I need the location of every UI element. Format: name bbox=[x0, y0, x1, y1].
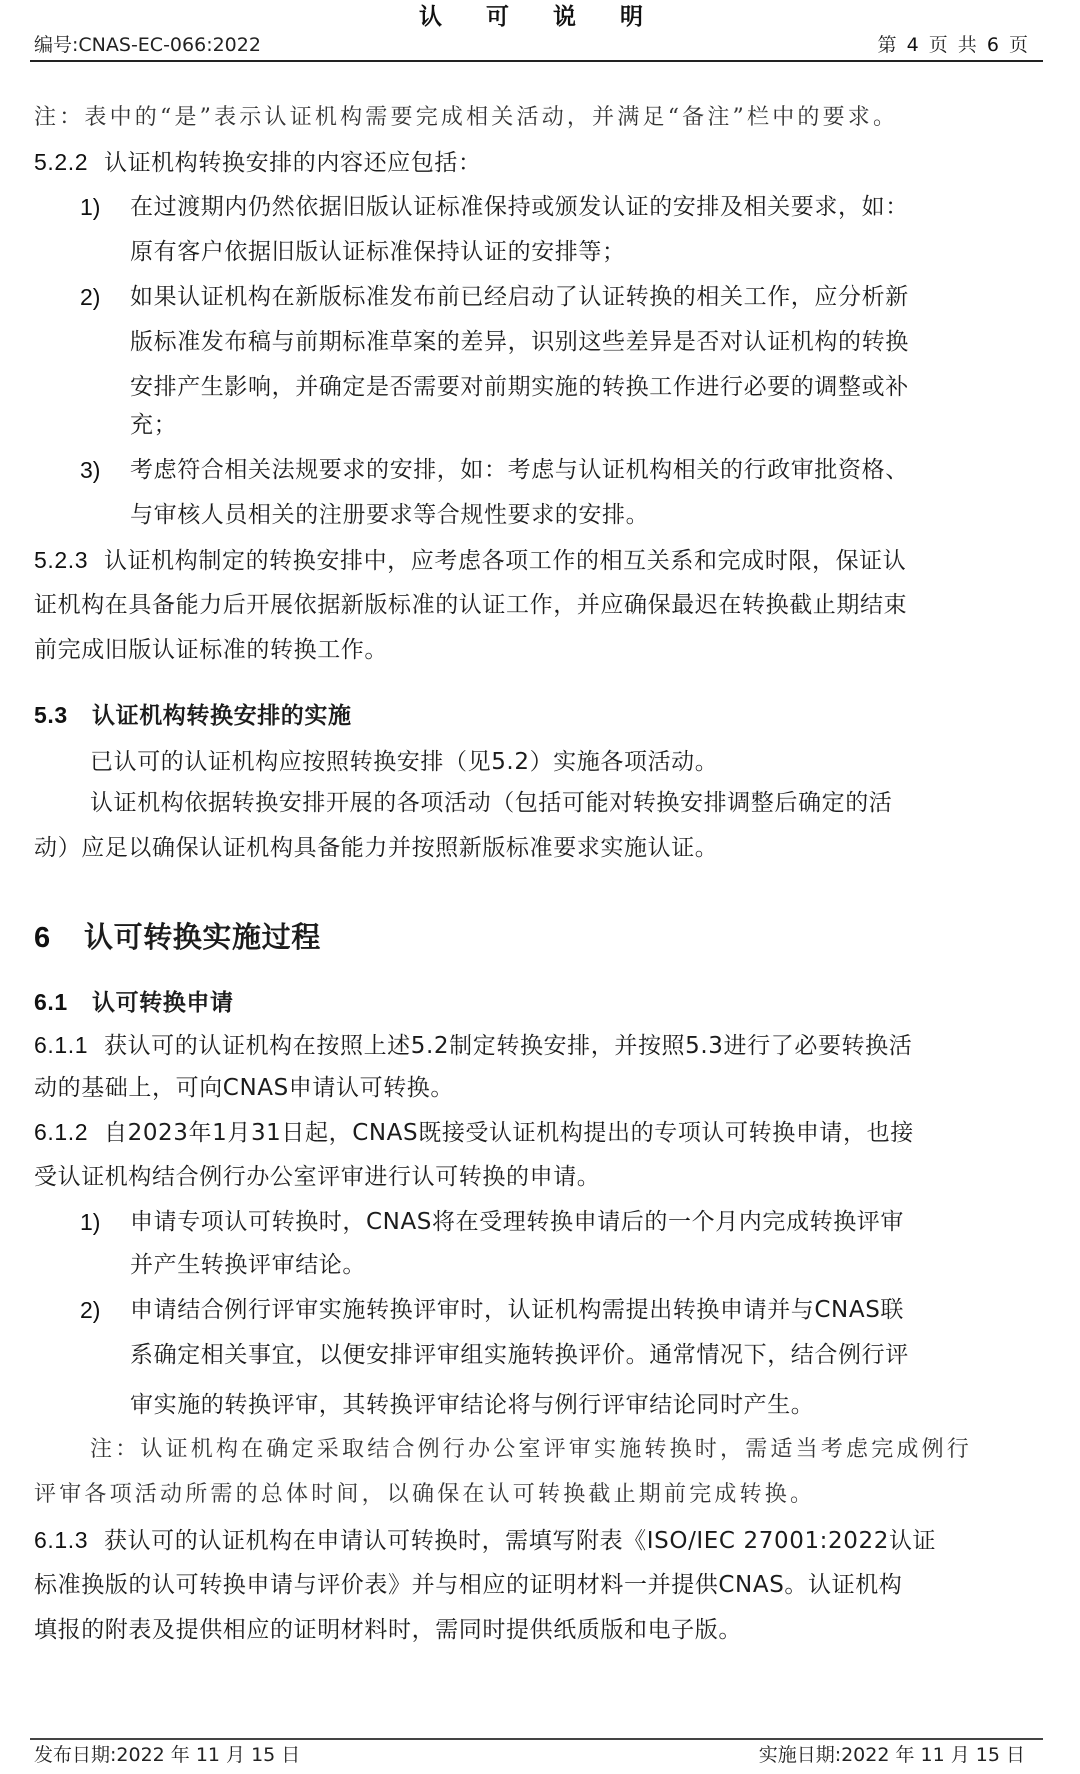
page-prefix: 第 bbox=[878, 34, 897, 56]
clause-text: 获认可的认证机构在按照上述5.2制定转换安排，并按照5.3进行了必要转换活 bbox=[104, 1033, 912, 1059]
note-line: 评审各项活动所需的总体时间，以确保在认可转换截止期前完成转换。 bbox=[34, 1480, 815, 1510]
page-current: 4 bbox=[907, 34, 919, 56]
clause-text: 认证机构转换安排的内容还应包括： bbox=[104, 150, 482, 176]
list-item-line: 充； bbox=[130, 410, 177, 440]
clause-5-2-3: 5.2.3 认证机构制定的转换安排中，应考虑各项工作的相互关系和完成时限，保证认 bbox=[34, 545, 906, 576]
list-item-line: 如果认证机构在新版标准发布前已经启动了认证转换的相关工作，应分析新 bbox=[130, 282, 909, 312]
header-divider bbox=[30, 60, 1043, 62]
list-item-line: 安排产生影响，并确定是否需要对前期实施的转换工作进行必要的调整或补 bbox=[130, 372, 909, 402]
list-marker: 2) bbox=[80, 1295, 100, 1325]
list-marker: 1) bbox=[80, 192, 100, 222]
clause-text: 认证机构制定的转换安排中，应考虑各项工作的相互关系和完成时限，保证认 bbox=[104, 548, 906, 574]
publish-date: 发布日期:2022 年 11 月 15 日 bbox=[34, 1742, 300, 1768]
paragraph-line: 填报的附表及提供相应的证明材料时，需同时提供纸质版和电子版。 bbox=[34, 1615, 742, 1645]
list-item-line: 审实施的转换评审，其转换评审结论将与例行评审结论同时产生。 bbox=[130, 1390, 814, 1420]
clause-text: 自2023年1月31日起，CNAS既接受认证机构提出的专项认可转换申请，也接 bbox=[104, 1120, 914, 1146]
clause-6-1-2: 6.1.2 自2023年1月31日起，CNAS既接受认证机构提出的专项认可转换申… bbox=[34, 1117, 914, 1148]
list-marker: 1) bbox=[80, 1207, 100, 1237]
section-heading-6-1: 6.1认可转换申请 bbox=[34, 987, 234, 1018]
publish-value: 2022 年 11 月 15 日 bbox=[116, 1744, 300, 1766]
chapter-number: 6 bbox=[34, 920, 84, 956]
list-item-line: 系确定相关事宜，以便安排评审组实施转换评价。通常情况下，结合例行评 bbox=[130, 1340, 909, 1370]
paragraph-line: 前完成旧版认证标准的转换工作。 bbox=[34, 635, 388, 665]
page-suffix: 页 bbox=[1009, 34, 1028, 56]
chapter-heading-6: 6认可转换实施过程 bbox=[34, 919, 321, 956]
clause-5-2-2: 5.2.2 认证机构转换安排的内容还应包括： bbox=[34, 147, 482, 178]
list-item-line: 与审核人员相关的注册要求等合规性要求的安排。 bbox=[130, 500, 649, 530]
list-marker: 2) bbox=[80, 282, 100, 312]
clause-6-1-3: 6.1.3 获认可的认证机构在申请认可转换时，需填写附表《ISO/IEC 270… bbox=[34, 1525, 936, 1556]
section-title: 认可转换申请 bbox=[92, 990, 234, 1016]
paragraph-line: 认证机构依据转换安排开展的各项活动（包括可能对转换安排调整后确定的活 bbox=[90, 788, 892, 818]
clause-6-1-1: 6.1.1 获认可的认证机构在按照上述5.2制定转换安排，并按照5.3进行了必要… bbox=[34, 1030, 912, 1061]
list-item-line: 申请专项认可转换时，CNAS将在受理转换申请后的一个月内完成转换评审 bbox=[130, 1207, 904, 1237]
table-note: 注：表中的“是”表示认证机构需要完成相关活动，并满足“备注”栏中的要求。 bbox=[34, 103, 898, 133]
paragraph-line: 动的基础上，可向CNAS申请认可转换。 bbox=[34, 1073, 454, 1103]
note-line: 注：认证机构在确定采取结合例行办公室评审实施转换时，需适当考虑完成例行 bbox=[90, 1435, 972, 1465]
paragraph-line: 已认可的认证机构应按照转换安排（见5.2）实施各项活动。 bbox=[90, 747, 718, 777]
section-heading-5-3: 5.3认证机构转换安排的实施 bbox=[34, 700, 352, 731]
list-item-line: 原有客户依据旧版认证标准保持认证的安排等； bbox=[130, 237, 626, 267]
effective-value: 2022 年 11 月 15 日 bbox=[841, 1744, 1025, 1766]
clause-number: 6.1.1 bbox=[34, 1032, 88, 1058]
document-code: 编号:CNAS-EC-066:2022 bbox=[34, 32, 261, 58]
list-item-line: 版标准发布稿与前期标准草案的差异，识别这些差异是否对认证机构的转换 bbox=[130, 327, 909, 357]
list-item-line: 申请结合例行评审实施转换评审时，认证机构需提出转换申请并与CNAS联 bbox=[130, 1295, 904, 1325]
page-mid: 页 共 bbox=[929, 34, 977, 56]
section-number: 6.1 bbox=[34, 987, 92, 1017]
section-title: 认证机构转换安排的实施 bbox=[92, 703, 352, 729]
list-item-line: 在过渡期内仍然依据旧版认证标准保持或颁发认证的安排及相关要求，如： bbox=[130, 192, 909, 222]
section-number: 5.3 bbox=[34, 700, 92, 730]
chapter-title: 认可转换实施过程 bbox=[84, 920, 321, 954]
paragraph-line: 标准换版的认可转换申请与评价表》并与相应的证明材料一并提供CNAS。认证机构 bbox=[34, 1570, 902, 1600]
paragraph-line: 受认证机构结合例行办公室评审进行认可转换的申请。 bbox=[34, 1162, 600, 1192]
document-title: 认 可 说 明 bbox=[0, 2, 1080, 32]
list-item-line: 并产生转换评审结论。 bbox=[130, 1250, 366, 1280]
effective-date: 实施日期:2022 年 11 月 15 日 bbox=[759, 1742, 1025, 1768]
clause-number: 6.1.3 bbox=[34, 1527, 88, 1553]
page-indicator: 第 4 页 共 6 页 bbox=[878, 32, 1028, 58]
clause-number: 5.2.2 bbox=[34, 149, 88, 175]
effective-label: 实施日期: bbox=[759, 1744, 841, 1766]
paragraph-line: 证机构在具备能力后开展依据新版标准的认证工作，并应确保最迟在转换截止期结束 bbox=[34, 590, 907, 620]
clause-text: 获认可的认证机构在申请认可转换时，需填写附表《ISO/IEC 27001:202… bbox=[104, 1528, 936, 1554]
clause-number: 5.2.3 bbox=[34, 547, 88, 573]
page-total: 6 bbox=[987, 34, 999, 56]
footer-divider bbox=[30, 1738, 1043, 1740]
list-marker: 3) bbox=[80, 455, 100, 485]
paragraph-line: 动）应足以确保认证机构具备能力并按照新版标准要求实施认证。 bbox=[34, 833, 718, 863]
clause-number: 6.1.2 bbox=[34, 1119, 88, 1145]
publish-label: 发布日期: bbox=[34, 1744, 116, 1766]
list-item-line: 考虑符合相关法规要求的安排，如：考虑与认证机构相关的行政审批资格、 bbox=[130, 455, 909, 485]
